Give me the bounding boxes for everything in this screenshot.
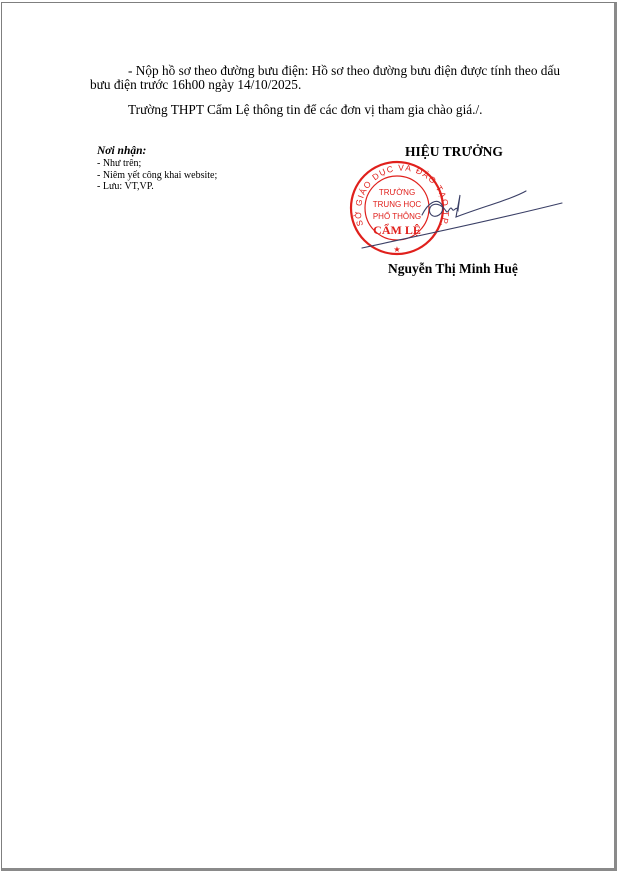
- document-page: - Nộp hồ sơ theo đường bưu điện: Hồ sơ t…: [1, 2, 617, 871]
- handwritten-signature-icon: [342, 155, 582, 265]
- signer-name: Nguyễn Thị Minh Huệ: [388, 261, 518, 277]
- submission-text: - Nộp hồ sơ theo đường bưu điện: Hồ sơ t…: [90, 64, 560, 92]
- recipient-item: - Niêm yết công khai website;: [97, 170, 217, 182]
- recipient-item: - Lưu: VT,VP.: [97, 181, 217, 193]
- recipients-title: Nơi nhận:: [97, 145, 217, 158]
- recipients-block: Nơi nhận: - Như trên; - Niêm yết công kh…: [97, 145, 217, 193]
- recipient-item: - Như trên;: [97, 158, 217, 170]
- closing-paragraph: Trường THPT Cẩm Lệ thông tin để các đơn …: [90, 103, 560, 117]
- submission-paragraph: - Nộp hồ sơ theo đường bưu điện: Hồ sơ t…: [90, 64, 560, 92]
